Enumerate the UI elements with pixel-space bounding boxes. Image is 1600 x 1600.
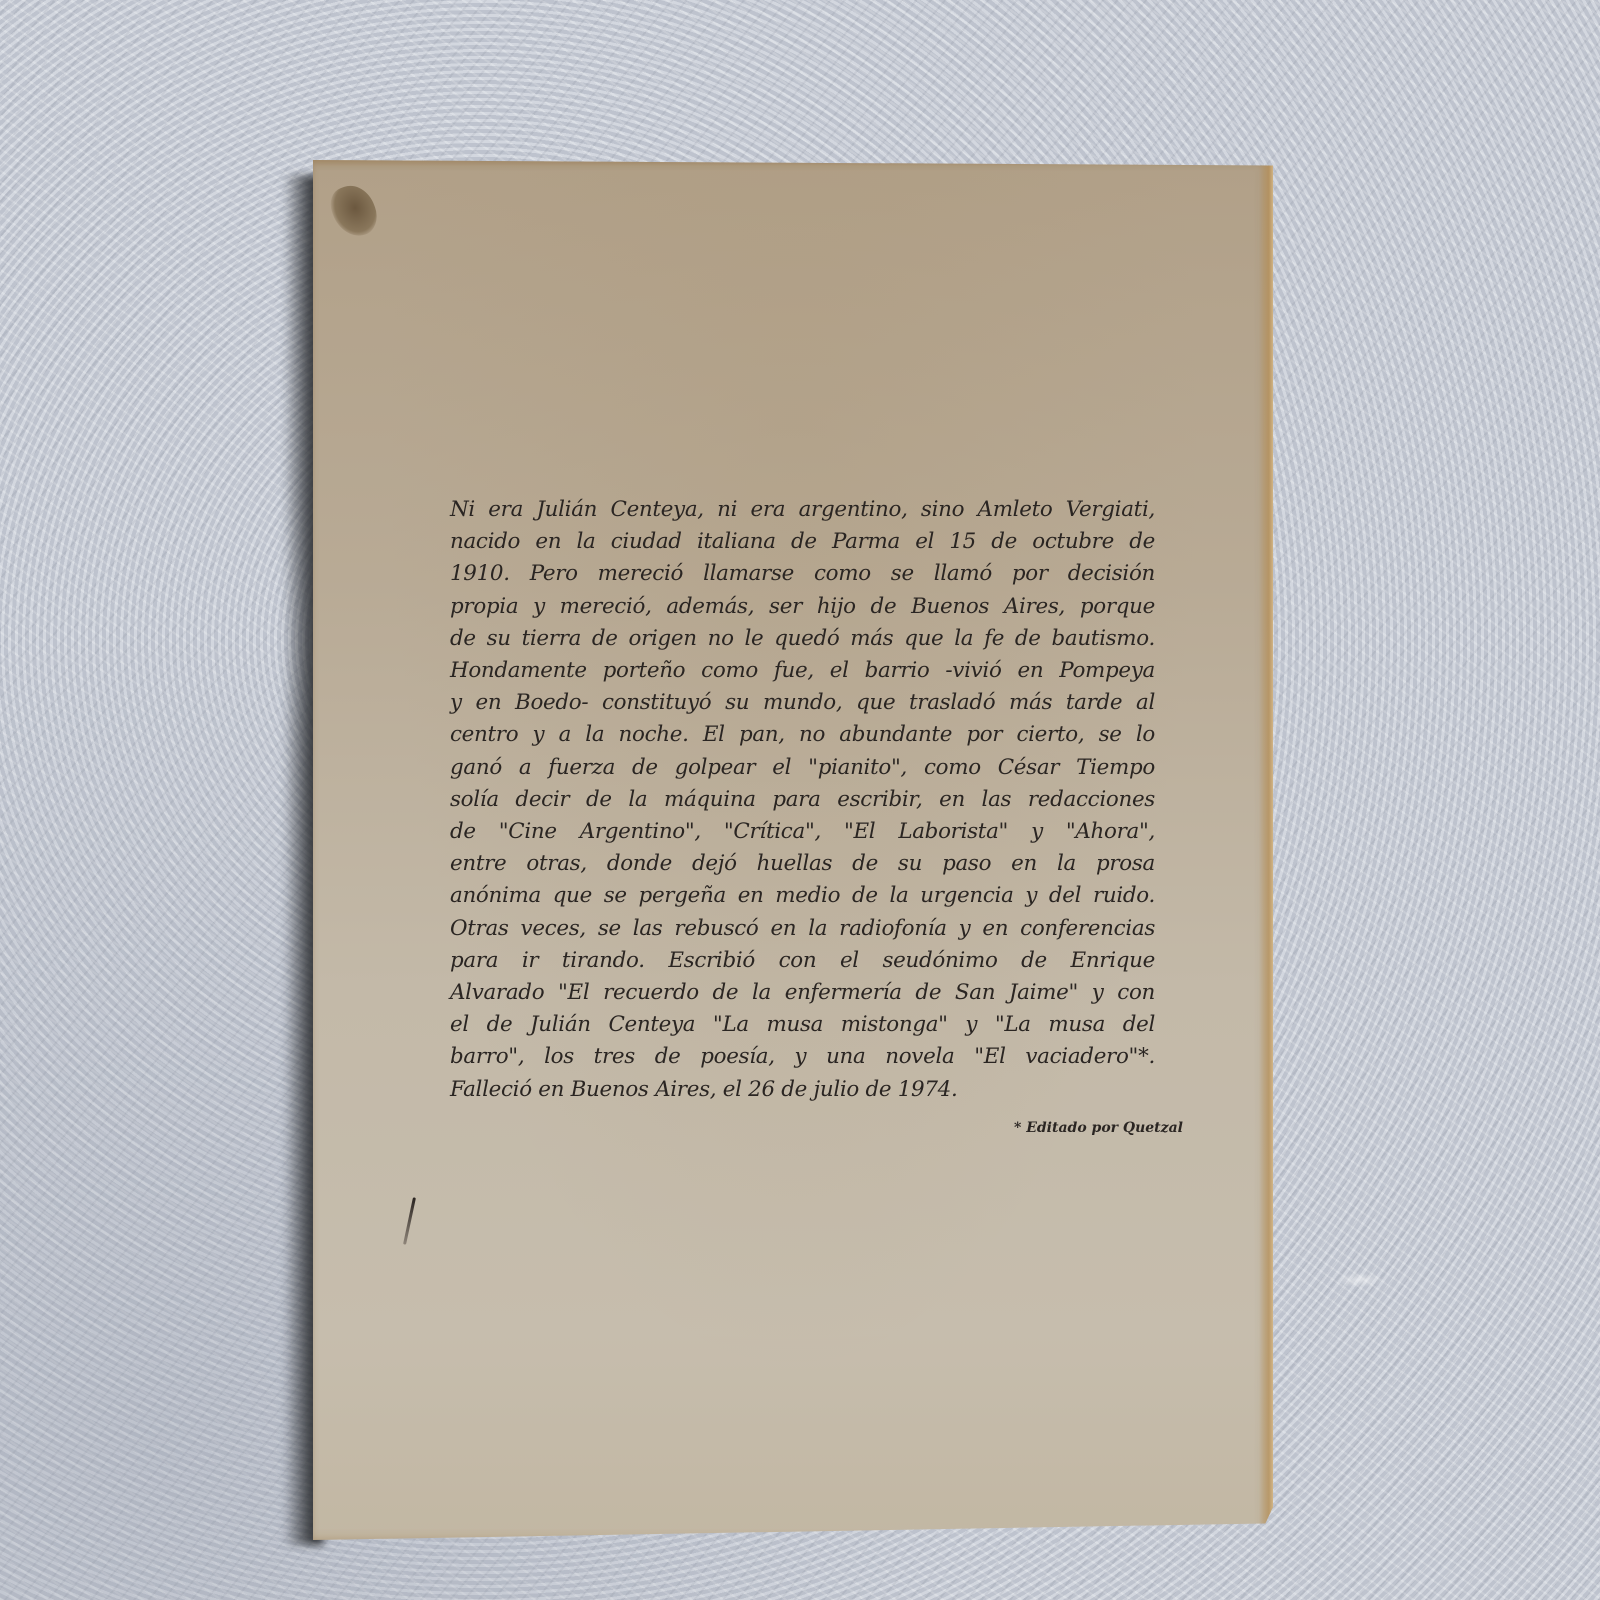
bio-line: Otras veces, se las rebuscó en la radiof… bbox=[450, 913, 1155, 945]
pen-mark bbox=[403, 1197, 416, 1245]
bio-line: Alvarado "El recuerdo de la enfermería d… bbox=[450, 977, 1155, 1009]
bio-line: solía decir de la máquina para escribir,… bbox=[450, 784, 1155, 816]
bio-line: el de Julián Centeya "La musa mistonga" … bbox=[450, 1009, 1155, 1041]
bio-line: 1910. Pero mereció llamarse como se llam… bbox=[450, 558, 1155, 590]
bio-line: y en Boedo- constituyó su mundo, que tra… bbox=[450, 687, 1155, 719]
bio-line: propia y mereció, además, ser hijo de Bu… bbox=[450, 591, 1155, 623]
bio-line: para ir tirando. Escribió con el seudóni… bbox=[450, 945, 1155, 977]
bio-line: entre otras, donde dejó huellas de su pa… bbox=[450, 848, 1155, 880]
stain-mark bbox=[325, 179, 382, 242]
bio-line: Hondamente porteño como fue, el barrio -… bbox=[450, 655, 1155, 687]
bio-line: barro", los tres de poesía, y una novela… bbox=[450, 1041, 1155, 1073]
bio-line: centro y a la noche. El pan, no abundant… bbox=[450, 719, 1155, 751]
bio-line: Ni era Julián Centeya, ni era argentino,… bbox=[450, 494, 1155, 526]
bio-line: Falleció en Buenos Aires, el 26 de julio… bbox=[450, 1074, 1155, 1106]
bio-line: anónima que se pergeña en medio de la ur… bbox=[450, 880, 1155, 912]
author-biography: Ni era Julián Centeya, ni era argentino,… bbox=[450, 494, 1155, 1106]
publisher-footnote: * Editado por Quetzal bbox=[953, 1120, 1183, 1136]
bio-line: de su tierra de origen no le quedó más q… bbox=[450, 623, 1155, 655]
bio-line: de "Cine Argentino", "Crítica", "El Labo… bbox=[450, 816, 1155, 848]
bio-line: nacido en la ciudad italiana de Parma el… bbox=[450, 526, 1155, 558]
bio-line: ganó a fuerza de golpear el "pianito", c… bbox=[450, 752, 1155, 784]
book-back-cover: Ni era Julián Centeya, ni era argentino,… bbox=[313, 160, 1273, 1540]
